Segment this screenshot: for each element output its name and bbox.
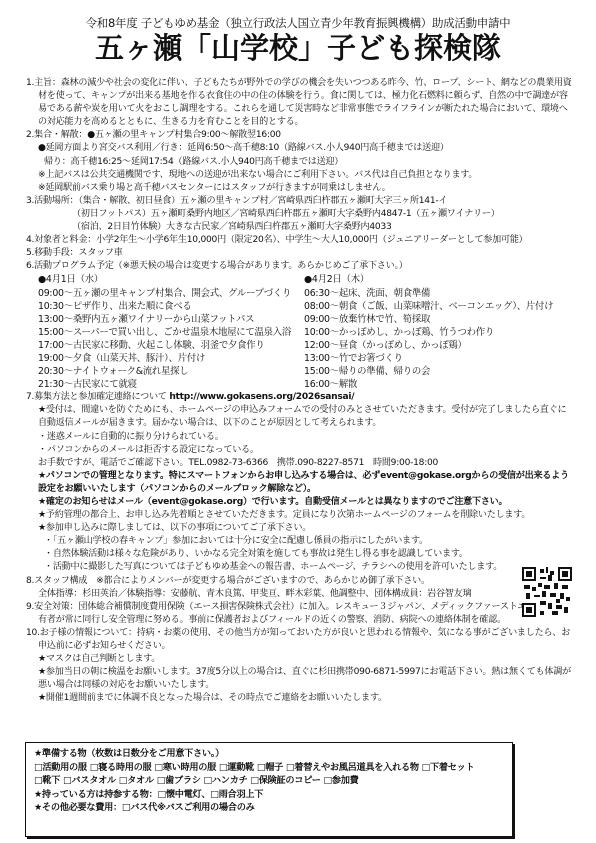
agreement-2: ・自然体験活動は様々な危険があり、いかなる完全対策を施しても事故は発生し得る事を… <box>26 548 574 561</box>
application-heading: 7.募集方法と参加確定連絡について http://www.gokasens.or… <box>26 391 574 404</box>
checklist-heading: ★準備する物（枚数は日数分をご用意下さい。） <box>34 747 504 761</box>
block-reason: ・パソコンからのメールは拒否する設定になっている。 <box>26 444 574 457</box>
program-heading: 6.活動プログラム予定（※悪天候の場合は変更する場合があります。あらかじめご了承… <box>26 260 574 273</box>
schedule-item: 21:30〜古民家にて就寝 <box>38 378 304 391</box>
day2-date: ●4月2日（木） <box>304 273 570 286</box>
application-note-4: ★予約管理の都合上、お申し込み先着順とさせていただきます。定員になり次第ホームペ… <box>26 509 574 522</box>
purpose-section: 1.主旨：森林の減少や社会の変化に伴い、子どもたちが野外での学びの機会を失いつつ… <box>26 77 574 129</box>
venue-line-3: （宿泊、2日目竹体験）大きな古民家／宮崎県西臼杵郡五ヶ瀬町大字桑野内4033 <box>26 221 574 234</box>
bus-return: 帰り：高千穂16:25〜延岡17:54（路線バス.小人940円高千穂までは送迎） <box>26 156 574 169</box>
schedule-item: 06:30〜起床、洗面、朝食準備 <box>304 287 570 300</box>
optional-items: ★持っている方は持参する物：□懐中電灯、□雨合羽上下 <box>34 788 504 802</box>
staff-heading: 8.スタッフ構成 ※都合によりメンバーが変更する場合がございますので、あらかじめ… <box>26 575 574 588</box>
checklist-box: ★準備する物（枚数は日数分をご用意下さい。） □活動用の服 □寝る時用の服 □寒… <box>25 742 513 837</box>
safety-section: 9.安全対策：団体総合補償制度費用保険（エース損害保険株式会社）に加入。レスキュ… <box>26 601 574 627</box>
flyer-page: 令和8年度 子どもゆめ基金（独立行政法人国立青少年教育振興機構）助成活動申請中 … <box>0 0 596 843</box>
schedule-item: 08:00〜朝食（ご飯、山菜味噌汁、ベーコンエッグ）、片付け <box>304 300 570 313</box>
agreement-1: ・「五ヶ瀬山学校の春キャンプ」参加においては十分に安全に配慮し係員の指示にしたが… <box>26 535 574 548</box>
venue-line-2: （初日フットパス）五ヶ瀬町桑野内地区／宮崎県西臼杵郡五ヶ瀬町大字桑野内4847-… <box>26 208 574 221</box>
meeting-line: 2.集合・解散：●五ヶ瀬の里キャンプ村集合9:00〜解散翌16:00 <box>26 129 574 142</box>
schedule-item: 09:00〜五ヶ瀬の里キャンプ村集合、開会式、グループづくり <box>38 287 304 300</box>
spam-reason: ・迷惑メールに自動的に振り分けられている。 <box>26 431 574 444</box>
application-heading-label: 7.募集方法と参加確定連絡について <box>26 392 167 402</box>
child-info-section: 10.お子様の情報について：持病・お薬の使用、その他当方が知っておいた方が良いと… <box>26 627 574 653</box>
other-costs: ★その他必要な費用：□バス代※バスご利用の場合のみ <box>34 801 504 815</box>
schedule-item: 17:00〜古民家に移動、火起こし体験、羽釜で夕食作り <box>38 339 304 352</box>
schedule-item: 19:00〜夕食（山菜天丼、豚汁）、片付け <box>38 352 304 365</box>
day1-date: ●4月1日（水） <box>38 273 304 286</box>
schedule-item: 15:00〜帰りの準備、帰りの会 <box>304 365 570 378</box>
schedule-item: 10:00〜かっぽめし、かっぽ鶏、竹うつわ作り <box>304 326 570 339</box>
application-note-3: ★確定のお知らせはメール（event@gokase.org）で行います。自動受信… <box>26 496 574 509</box>
schedule-item: 15:00〜スーパーで買い出し、ごかせ温泉木地屋にて温泉入浴 <box>38 326 304 339</box>
checklist-row-1: □活動用の服 □寝る時用の服 □寒い時用の服 □運動靴 □帽子 □着替えやお風呂… <box>34 761 504 775</box>
schedule-item: 09:00〜放棄竹林で竹、筍採取 <box>304 313 570 326</box>
schedule-item: 10:30〜ピザ作り、出来た順に食べる <box>38 300 304 313</box>
checklist-row-2: □靴下 □バスタオル □タオル □歯ブラシ □ハンカチ □保険証のコピー □参加… <box>34 774 504 788</box>
illness-note: ★開催1週間前までに体調不良となった場合は、その時点でご連絡をお願いいたします。 <box>26 692 574 705</box>
flyer-body: 1.主旨：森林の減少や社会の変化に伴い、子どもたちが野外での学びの機会を失いつつ… <box>26 77 574 706</box>
temperature-note: ★参加当日の朝に検温をお願いします。37度5分以上の場合は、直ぐに杉田携帯090… <box>26 666 574 692</box>
schedule-item: 20:30〜ナイトウォーク&流れ星探し <box>38 365 304 378</box>
application-note-1: ★受付は、間違いを防ぐためにも、ホームページの申込みフォームでの受付のみとさせて… <box>26 404 574 430</box>
bus-outbound: ●延岡方面より宮交バス利用／行き：延岡6:50〜高千穂8:10（路線バス.小人9… <box>26 142 574 155</box>
staff-members: 全体指導：杉田英治／体験指導：安藤航、青木良篤、甲斐亘、畔木彩葉、他調整中、団体… <box>26 588 574 601</box>
schedule-item: 12:00〜昼食（かっぽめし、かっぽ鶏） <box>304 339 570 352</box>
schedule-item: 16:00〜解散 <box>304 378 570 391</box>
bus-note-2: ※延岡駅前バス乗り場と高千穂バスセンターにはスタッフが行きますが同乗はしません。 <box>26 182 574 195</box>
venue-line-1: 3.活動場所：（集合・解散、初日昼食）五ヶ瀬の里キャンプ村／宮崎県西臼杵郡五ヶ瀬… <box>26 195 574 208</box>
agreement-3: ・活動中に撮影した写真については子どもゆめ基金への報告書、ホームページ、チラシへ… <box>26 561 574 574</box>
schedule-item: 13:00〜竹でお箸づくり <box>304 352 570 365</box>
target-fee: 4.対象者と料金：小学2年生〜小学6年生10,000円（限定20名）、中学生〜大… <box>26 234 574 247</box>
application-note-2: ★パソコンでの管理となります。特にスマートフォンからお申し込みする場合は、必ずe… <box>26 470 574 496</box>
transport: 5.移動手段：スタッフ車 <box>26 247 574 260</box>
application-note-5: ★参加申し込みに際しましては、以下の事項についてご了承下さい。 <box>26 522 574 535</box>
grant-subtitle: 令和8年度 子どもゆめ基金（独立行政法人国立青少年教育振興機構）助成活動申請中 <box>0 15 596 31</box>
qr-code-icon[interactable] <box>522 567 572 617</box>
application-url-link[interactable]: http://www.gokasens.org/2026sansai/ <box>169 392 354 402</box>
bus-note-1: ※上記バスは公共交通機関です、現地への送迎が出来ない場合にご利用下さい。バス代は… <box>26 169 574 182</box>
mask-note: ★マスクは自己判断とします。 <box>26 653 574 666</box>
page-title: 五ヶ瀬「山学校」子ども探検隊 <box>0 31 596 65</box>
day1-column: ●4月1日（水） 09:00〜五ヶ瀬の里キャンプ村集合、開会式、グループづくり … <box>38 273 304 391</box>
day2-column: ●4月2日（木） 06:30〜起床、洗面、朝食準備 08:00〜朝食（ご飯、山菜… <box>304 273 570 391</box>
schedule-item: 13:00〜桑野内五ヶ瀬ワイナリーから山菜フットパス <box>38 313 304 326</box>
program-schedule: ●4月1日（水） 09:00〜五ヶ瀬の里キャンプ村集合、開会式、グループづくり … <box>26 273 574 391</box>
contact-phone: お手数ですが、電話でご確認下さい。TEL.0982-73-6366 携帯.090… <box>26 457 574 470</box>
